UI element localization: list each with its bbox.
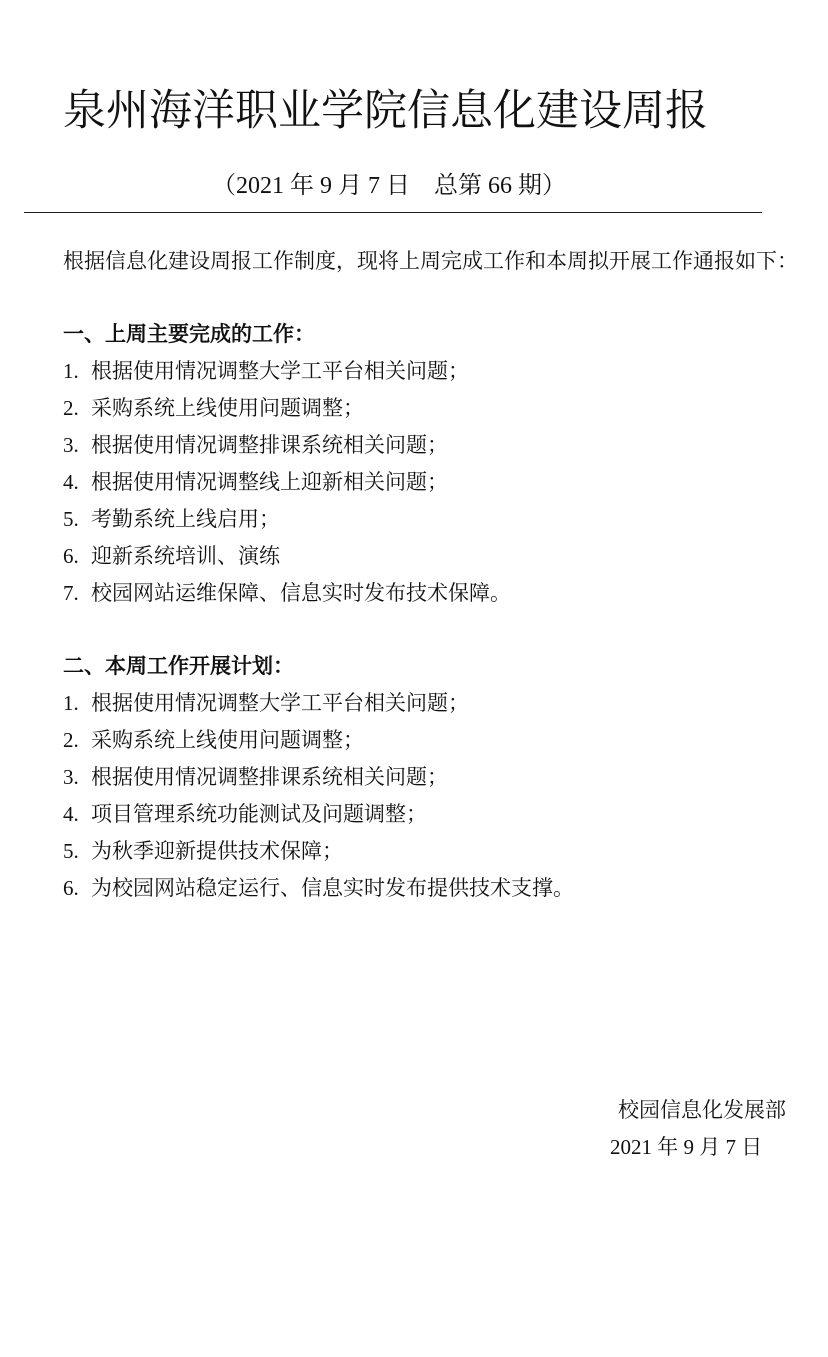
item-text: 根据使用情况调整大学工平台相关问题； [91, 691, 469, 715]
list-item: 1.根据使用情况调整大学工平台相关问题； [63, 353, 511, 390]
list-item: 6.为校园网站稳定运行、信息实时发布提供技术支撑。 [63, 870, 574, 907]
item-number: 4. [63, 796, 91, 833]
intro-text: 根据信息化建设周报工作制度，现将上周完成工作和本周拟开展工作通报如下： [63, 249, 798, 273]
list-item: 5.考勤系统上线启用； [63, 501, 511, 538]
item-text: 项目管理系统功能测试及问题调整； [91, 802, 427, 826]
last-week-list: 1.根据使用情况调整大学工平台相关问题； 2.采购系统上线使用问题调整； 3.根… [63, 353, 511, 612]
item-text: 根据使用情况调整大学工平台相关问题； [91, 359, 469, 383]
section-heading-last-week: 一、上周主要完成的工作： [63, 316, 315, 353]
item-text: 采购系统上线使用问题调整； [91, 396, 364, 420]
item-number: 5. [63, 501, 91, 538]
intro-paragraph: 根据信息化建设周报工作制度，现将上周完成工作和本周拟开展工作通报如下： [8, 243, 823, 280]
item-number: 1. [63, 685, 91, 722]
item-text: 根据使用情况调整排课系统相关问题； [91, 433, 448, 457]
list-item: 3.根据使用情况调整排课系统相关问题； [63, 427, 511, 464]
item-number: 7. [63, 575, 91, 612]
list-item: 4.项目管理系统功能测试及问题调整； [63, 796, 574, 833]
item-text: 采购系统上线使用问题调整； [91, 728, 364, 752]
document-title: 泉州海洋职业学院信息化建设周报 [63, 84, 708, 138]
list-item: 4.根据使用情况调整线上迎新相关问题； [63, 464, 511, 501]
item-number: 1. [63, 353, 91, 390]
document-subtitle: （2021 年 9 月 7 日 总第 66 期） [212, 170, 566, 202]
item-text: 迎新系统培训、演练 [91, 544, 280, 568]
item-text: 根据使用情况调整排课系统相关问题； [91, 765, 448, 789]
item-number: 3. [63, 759, 91, 796]
list-item: 1.根据使用情况调整大学工平台相关问题； [63, 685, 574, 722]
signature-date: 2021 年 9 月 7 日 [610, 1129, 762, 1166]
item-number: 6. [63, 538, 91, 575]
list-item: 5.为秋季迎新提供技术保障； [63, 833, 574, 870]
item-text: 考勤系统上线启用； [91, 507, 280, 531]
item-number: 2. [63, 390, 91, 427]
list-item: 3.根据使用情况调整排课系统相关问题； [63, 759, 574, 796]
item-text: 为校园网站稳定运行、信息实时发布提供技术支撑。 [91, 876, 574, 900]
header-divider [24, 212, 762, 213]
item-number: 3. [63, 427, 91, 464]
signature-department: 校园信息化发展部 [618, 1092, 786, 1129]
item-text: 校园网站运维保障、信息实时发布技术保障。 [91, 581, 511, 605]
this-week-list: 1.根据使用情况调整大学工平台相关问题； 2.采购系统上线使用问题调整； 3.根… [63, 685, 574, 907]
section-heading-this-week: 二、本周工作开展计划： [63, 648, 294, 685]
list-item: 7.校园网站运维保障、信息实时发布技术保障。 [63, 575, 511, 612]
item-text: 为秋季迎新提供技术保障； [91, 839, 343, 863]
item-text: 根据使用情况调整线上迎新相关问题； [91, 470, 448, 494]
item-number: 5. [63, 833, 91, 870]
item-number: 6. [63, 870, 91, 907]
list-item: 2.采购系统上线使用问题调整； [63, 390, 511, 427]
list-item: 6.迎新系统培训、演练 [63, 538, 511, 575]
list-item: 2.采购系统上线使用问题调整； [63, 722, 574, 759]
item-number: 2. [63, 722, 91, 759]
item-number: 4. [63, 464, 91, 501]
